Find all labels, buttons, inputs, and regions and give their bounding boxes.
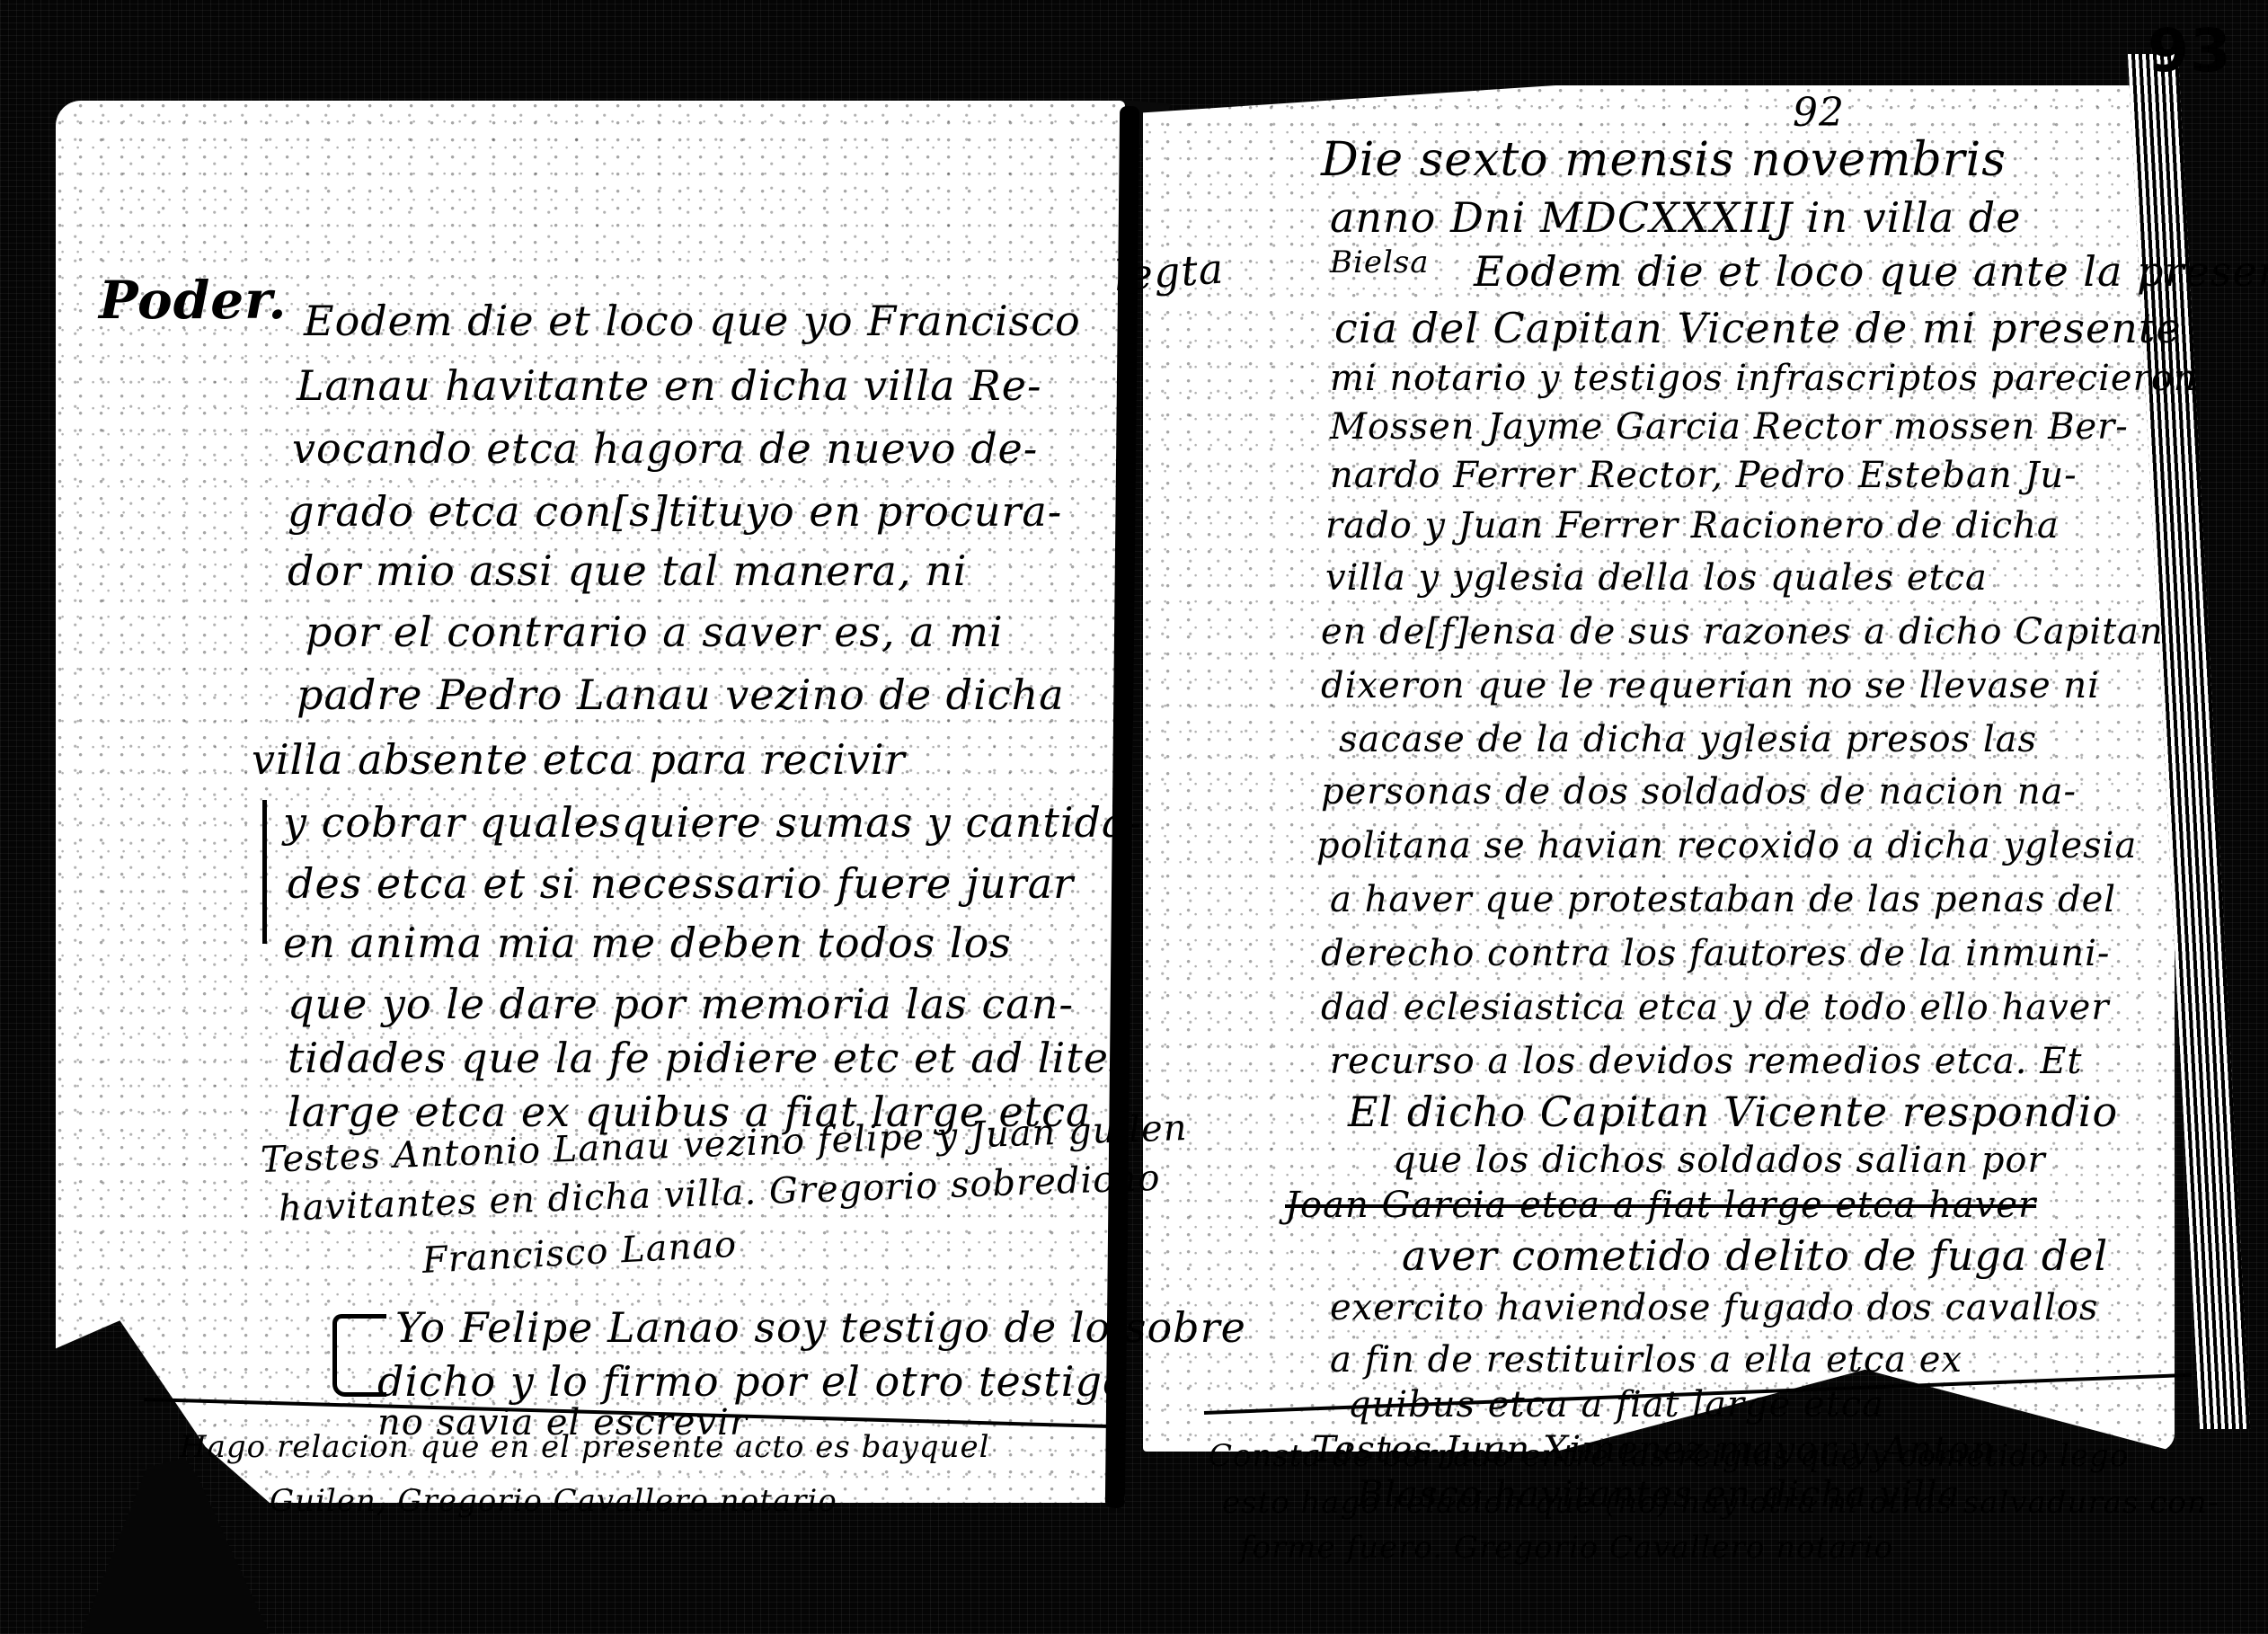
text-line: a fin de restituirlos a ella etca ex xyxy=(1330,1339,1962,1381)
text-line: politana se havian recoxido a dicha ygle… xyxy=(1316,825,2137,866)
text-line: que yo le dare por memoria las can- xyxy=(288,980,1074,1028)
footer-line: esto hago relacion que (no) hay otra ni … xyxy=(1222,1485,2219,1521)
folio-number-ink: 92 xyxy=(1793,90,1845,136)
text-line: padre Pedro Lanau vezino de dicha xyxy=(297,670,1065,719)
text-line: en anima mia me deben todos los xyxy=(283,919,1012,967)
text-line: y cobrar qualesquiere sumas y cantida- xyxy=(283,798,1142,847)
text-line: derecho contra los fautores de la inmuni… xyxy=(1321,933,2110,974)
text-line: Mossen Jayme Garcia Rector mossen Ber- xyxy=(1330,406,2129,448)
footer-line: Consta de borrado entre las reiglas que … xyxy=(1209,1438,2129,1474)
text-line: por el contrario a saver es, a mi xyxy=(306,608,1004,656)
text-line: villa absente etca para recivir xyxy=(252,735,906,784)
text-line: dor mio assi que tal manera, ni xyxy=(288,546,967,595)
attestation-line: dicho y lo firmo por el otro testigo xyxy=(377,1357,1129,1406)
text-line: des etca et si necessario fuere jurar xyxy=(288,859,1074,908)
margin-bracket xyxy=(262,800,267,944)
text-line: nardo Ferrer Rector, Pedro Esteban Ju- xyxy=(1330,455,2078,496)
text-line: a haver que protestaban de las penas del xyxy=(1330,879,2116,920)
folio-number-stamp: 93 xyxy=(2148,16,2232,85)
text-line: Lanau havitante en dicha villa Re- xyxy=(297,361,1042,410)
text-line: que los dichos soldados salian por xyxy=(1393,1140,2046,1181)
attestation-line: Yo Felipe Lanao soy testigo de lo sobre xyxy=(395,1303,1246,1352)
text-line: grado etca con[s]tituyo en procura- xyxy=(288,487,1062,536)
footer-signature: forme fuero. Gregorio Cavallero notario xyxy=(1240,1530,1893,1566)
footer-signature: Guilen, Gregorio Cavallero notario xyxy=(270,1483,837,1519)
text-line: mi notario y testigos infrascriptos pare… xyxy=(1330,358,2198,399)
margin-note-poder: Poder. xyxy=(99,270,288,331)
text-line: rado y Juan Ferrer Racionero de dicha xyxy=(1325,505,2060,546)
text-line: aver cometido delito de fuga del xyxy=(1402,1231,2108,1280)
text-line: Eodem die et loco que ante la presen- xyxy=(1339,247,2268,296)
text-line: Eodem die et loco que yo Francisco xyxy=(304,297,1081,345)
struck-through-line: Joan Garcia etca a fiat large etca haver xyxy=(1285,1185,2036,1226)
date-heading: anno Dni MDCXXXIIJ in villa de xyxy=(1330,193,2021,242)
text-line: recurso a los devidos remedios etca. Et xyxy=(1330,1041,2083,1082)
text-line: exercito haviendose fugado dos cavallos xyxy=(1330,1287,2098,1328)
text-line: personas de dos soldados de nacion na- xyxy=(1321,771,2077,813)
text-line: cia del Capitan Vicente de mi presente xyxy=(1334,304,2182,352)
text-line: villa y yglesia della los quales etca xyxy=(1325,557,1988,599)
margin-note-legitima: legta xyxy=(1112,244,1226,300)
text-line: El dicho Capitan Vicente respondio xyxy=(1348,1088,2118,1136)
text-line: dixeron que le requerian no se llevase n… xyxy=(1321,665,2100,706)
text-line: tidades que la fe pidiere etc et ad lite… xyxy=(288,1034,1131,1082)
footer-line: Hago relacion que en el presente acto es… xyxy=(180,1429,990,1465)
text-line: sacase de la dicha yglesia presos las xyxy=(1339,719,2037,760)
text-line: en de[f]ensa de sus razones a dicho Capi… xyxy=(1321,611,2164,653)
text-line: vocando etca hagora de nuevo de- xyxy=(292,424,1038,473)
date-heading: Die sexto mensis novembris xyxy=(1321,133,2007,187)
text-line: dad eclesiastica etca y de todo ello hav… xyxy=(1321,987,2109,1028)
